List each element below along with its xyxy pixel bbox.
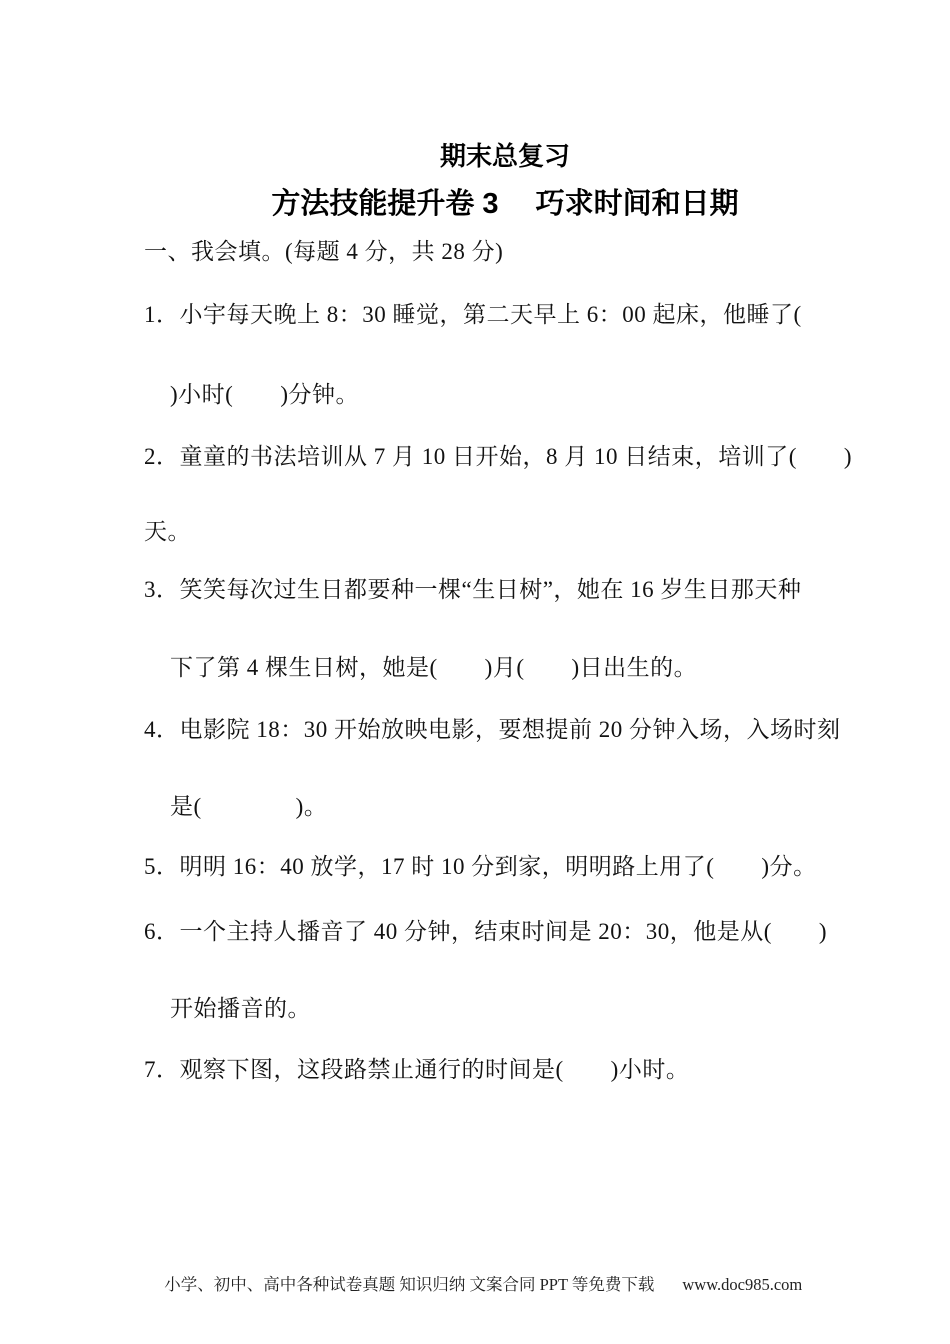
question-3-line-2: 下了第 4 棵生日树，她是( )月( )日出生的。 (170, 653, 697, 683)
page-title: 期末总复习 (145, 136, 865, 173)
page-subtitle: 方法技能提升卷 3 巧求时间和日期 (145, 181, 865, 222)
question-6-line-2: 开始播音的。 (170, 994, 311, 1024)
question-2-line-1: 2．童童的书法培训从 7 月 10 日开始，8 月 10 日结束，培训了( ) (144, 442, 852, 472)
worksheet-page: 期末总复习 方法技能提升卷 3 巧求时间和日期 一、我会填。(每题 4 分，共 … (0, 0, 950, 1344)
question-5-line-1: 5．明明 16：40 放学，17 时 10 分到家，明明路上用了( )分。 (144, 852, 817, 882)
question-1-line-1: 1．小宇每天晚上 8：30 睡觉，第二天早上 6：00 起床，他睡了( (144, 300, 802, 330)
question-2-line-2: 天。 (144, 517, 191, 547)
footer-text: 小学、初中、高中各种试卷真题 知识归纳 文案合同 PPT 等免费下载 (164, 1275, 654, 1294)
question-6-line-1: 6．一个主持人播音了 40 分钟，结束时间是 20：30，他是从( ) (144, 917, 827, 947)
question-4-line-1: 4．电影院 18：30 开始放映电影，要想提前 20 分钟入场，入场时刻 (144, 715, 841, 745)
question-4-line-2: 是( )。 (170, 792, 327, 822)
question-1-line-2: )小时( )分钟。 (170, 380, 359, 410)
question-3-line-1: 3．笑笑每次过生日都要种一棵“生日树”，她在 16 岁生日那天种 (144, 575, 801, 605)
question-7-line-1: 7．观察下图，这段路禁止通行的时间是( )小时。 (144, 1055, 689, 1085)
footer-url[interactable]: www.doc985.com (682, 1275, 802, 1294)
footer: 小学、初中、高中各种试卷真题 知识归纳 文案合同 PPT 等免费下载www.do… (0, 1251, 950, 1315)
section-1-heading: 一、我会填。(每题 4 分，共 28 分) (144, 237, 503, 267)
